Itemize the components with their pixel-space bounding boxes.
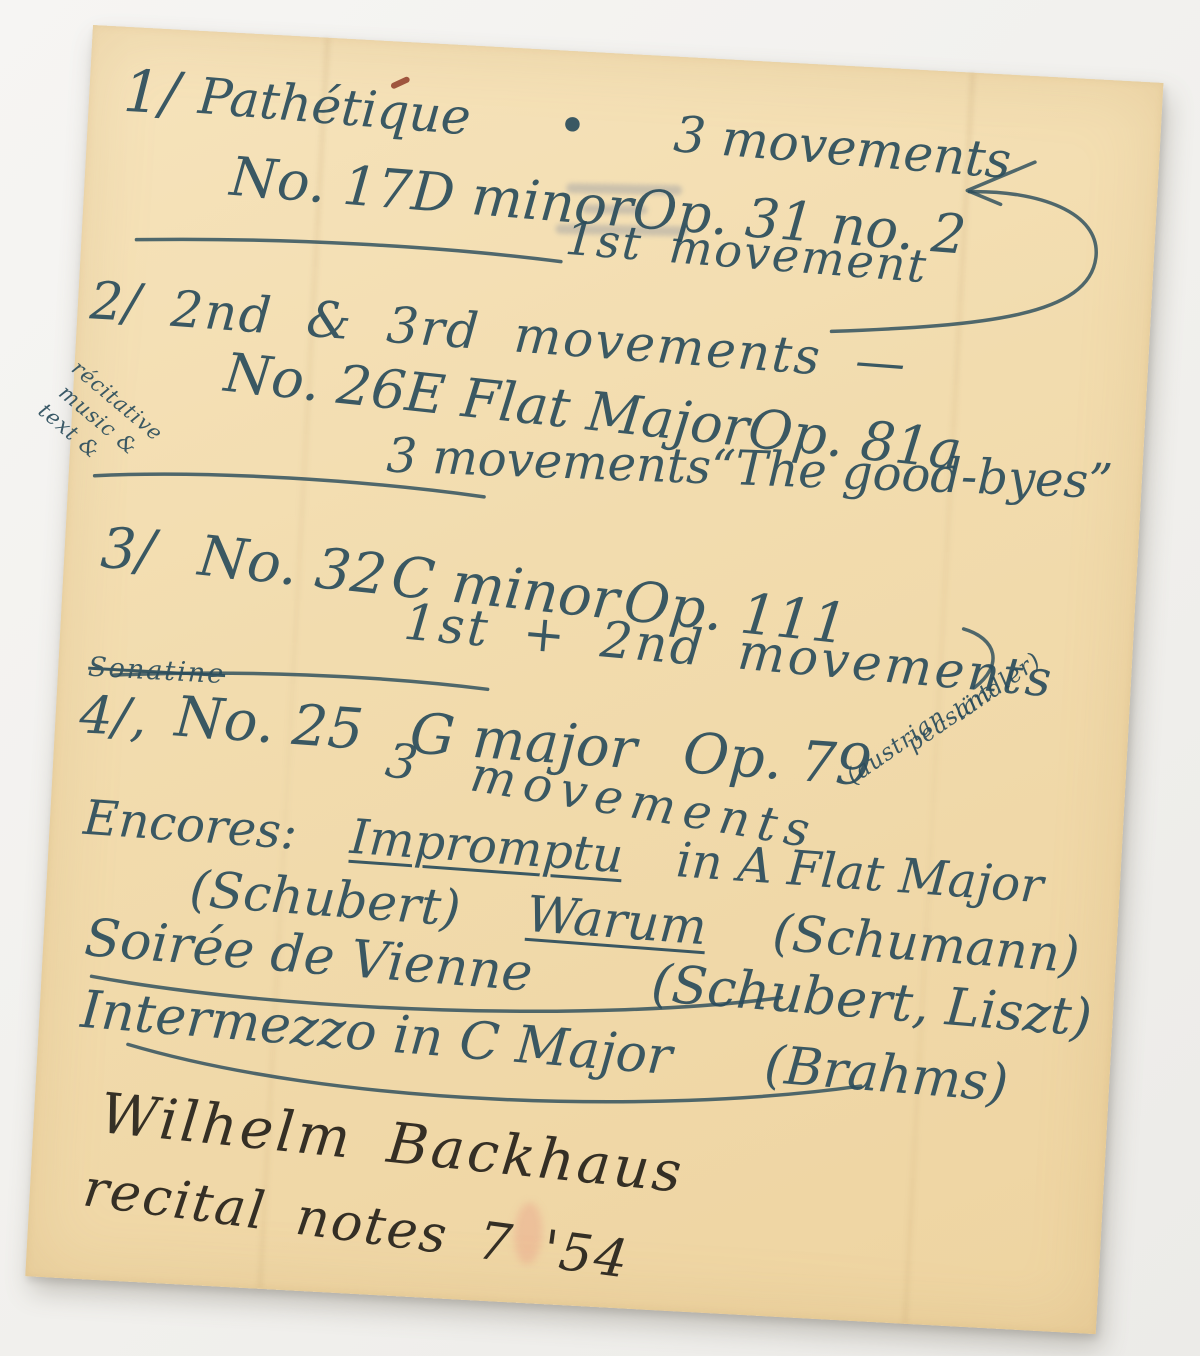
movement-count: 3 movements [386,428,712,496]
margin-annotation: récitative music & text & [31,355,168,489]
section1-underline-stroke [136,232,561,263]
note-paper: 1/ Pathétique • 3 movements No. 17 D min… [25,25,1163,1334]
section3-marker: 3/ [99,516,157,584]
sonata-number: No. 32 [195,524,389,609]
composer-brahms: (Brahms) [762,1035,1010,1114]
encores-label: Encores: [82,790,299,861]
section2-marker: 2/ [88,271,142,334]
scanned-note-page: 1/ Pathétique • 3 movements No. 17 D min… [0,0,1200,1356]
sonata-number: No. 17 [228,145,414,222]
struck-word-sonatine: Sonatine [87,652,226,690]
section4-marker: 4/, [78,685,148,749]
section1-marker: 1/ [122,57,182,128]
nickname-quote: “The good-byes” [710,439,1114,510]
section2-sub-line: 3 movements “The good-byes” [386,428,1090,510]
sonata-number: No. 25 [173,685,366,763]
section1-title: Pathétique [196,67,473,147]
section1-count: 3 movements [672,105,1014,190]
bullet-dot: • [555,96,589,156]
